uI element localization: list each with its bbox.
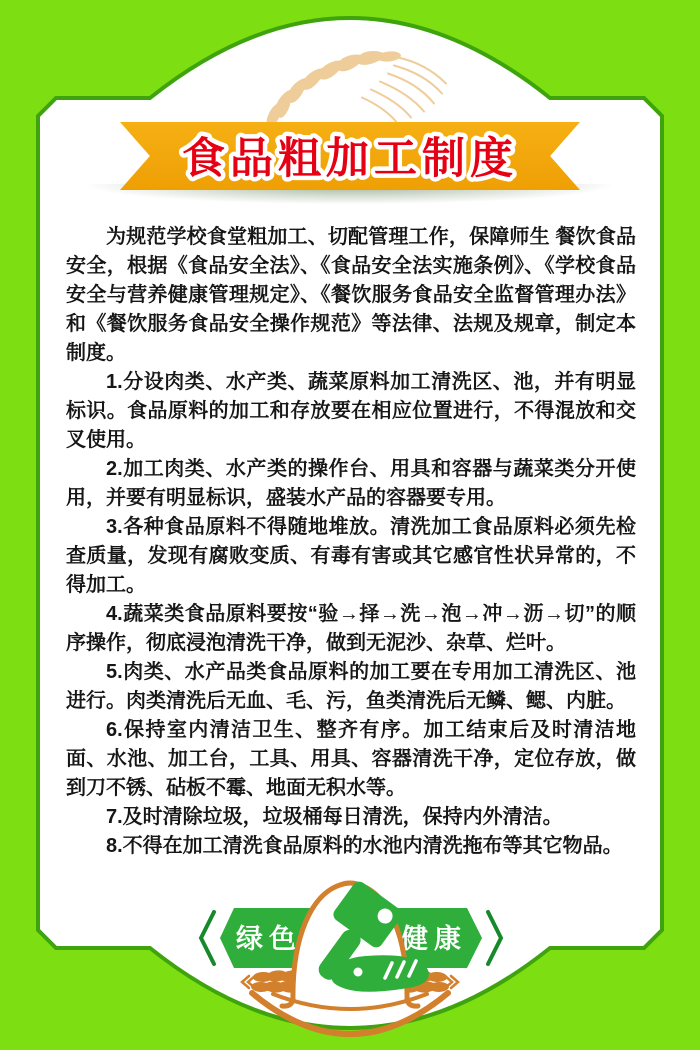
rule-item-7: 7.及时清除垃圾，垃圾桶每日清洗，保持内外清洁。 — [66, 803, 636, 832]
rule-item-8: 8.不得在加工清洗食品原料的水池内清洗拖布等其它物品。 — [66, 832, 636, 861]
rule-item-6: 6.保持室内清洁卫生、整齐有序。加工结束后及时清洁地面、水池、加工台，工具、用具… — [66, 716, 636, 803]
left-chevron-icon — [201, 912, 214, 964]
rule-item-3: 3.各种食品原料不得随地堆放。清洗加工食品原料必须先检查质量，发现有腐败变质、有… — [66, 513, 636, 600]
intro-paragraph: 为规范学校食堂粗加工、切配管理工作，保障师生 餐饮食品安全，根据《食品安全法》、… — [66, 223, 636, 368]
footer-emblem: 绿色 健康 — [170, 874, 530, 1046]
rule-item-2: 2.加工肉类、水产类的操作台、用具和容器与蔬菜类分开使用，并要有明显标识，盛装水… — [66, 455, 636, 513]
rule-item-5: 5.肉类、水产品类食品原料的加工要在专用加工清洗区、池进行。肉类清洗后无血、毛、… — [66, 658, 636, 716]
title-banner-canvas: 食品粗加工制度 — [120, 122, 580, 190]
poster-title: 食品粗加工制度 — [182, 135, 518, 183]
rule-item-1: 1.分设肉类、水产类、蔬菜原料加工清洗区、池，并有明显标识。食品原料的加工和存放… — [66, 368, 636, 455]
meat-icon — [332, 955, 429, 991]
poster-root: 食品粗加工制度 为规范学校食堂粗加工、切配管理工作，保障师生 餐饮食品安全，根据… — [0, 0, 700, 1050]
title-banner: 食品粗加工制度 — [120, 122, 580, 190]
right-chevron-icon — [488, 912, 501, 964]
rules-text: 为规范学校食堂粗加工、切配管理工作，保障师生 餐饮食品安全，根据《食品安全法》、… — [66, 223, 636, 861]
green-badge-label: 绿色 — [236, 923, 302, 954]
rule-item-4: 4.蔬菜类食品原料要按“验→择→洗→泡→冲→沥→切”的顺序操作，彻底浸泡清洗干净… — [66, 600, 636, 658]
health-badge-label: 健康 — [401, 923, 467, 954]
